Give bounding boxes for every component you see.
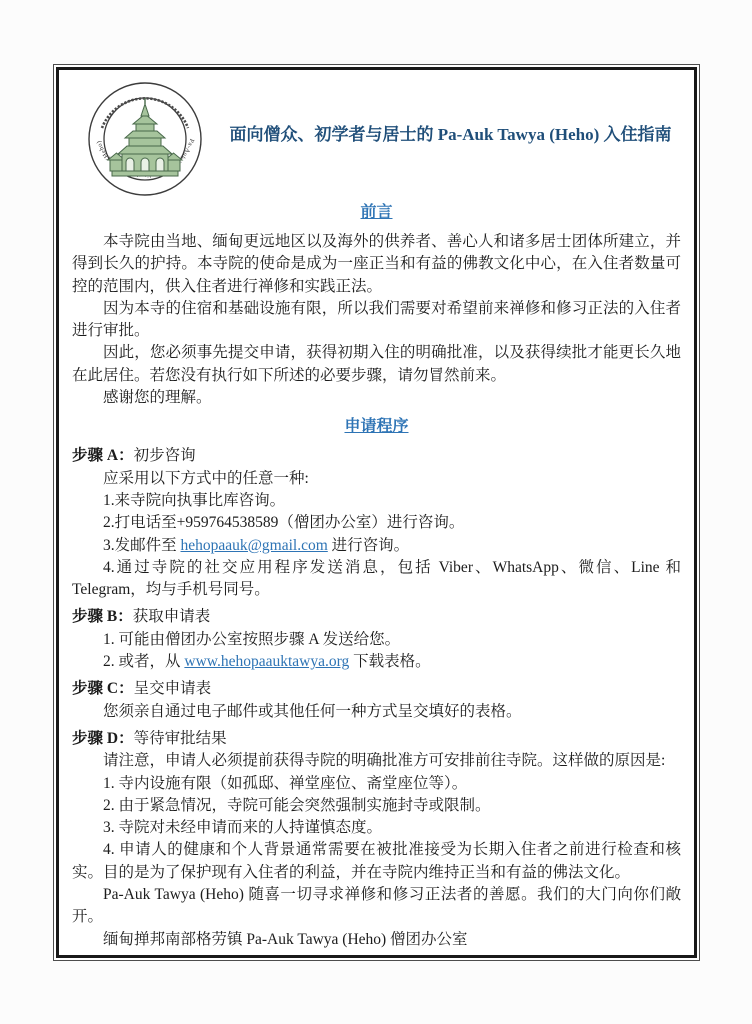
step-b-heading: 步骤 B：获取申请表 (72, 606, 681, 628)
step-d-title: 等待审批结果 (134, 730, 227, 747)
step-a-line: 2.打电话至+959764538589（僧团办公室）进行咨询。 (72, 512, 681, 534)
step-a-line: 4.通过寺院的社交应用程序发送消息，包括 Viber、WhatsApp、微信、L… (72, 557, 681, 602)
step-d-line: 3. 寺院对未经申请而来的人持谨慎态度。 (72, 817, 681, 839)
step-d-line: 1. 寺内设施有限（如孤邸、禅堂座位、斋堂座位等）。 (72, 773, 681, 795)
step-b-title: 获取申请表 (133, 608, 211, 625)
step-a-line: 应采用以下方式中的任意一种: (72, 468, 681, 490)
preface-paragraph: 因为本寺的住宿和基础设施有限，所以我们需要对希望前来禅修和修习正法的入住者进行审… (72, 298, 681, 343)
step-b-line: 2. 或者，从 www.hehopaauktawya.org 下载表格。 (72, 651, 681, 673)
preface-paragraph: 因此，您必须事先提交申请，获得初期入住的明确批准，以及获得续批才能更长久地在此居… (72, 342, 681, 387)
document-border-frame: Pa-Auk Tawya Meditation Centre (Heho) Ka… (53, 64, 700, 961)
step-c-title: 呈交申请表 (134, 680, 212, 697)
step-d-label: 步骤 D： (72, 730, 134, 747)
preface-heading: 前言 (72, 202, 681, 224)
step-a-heading: 步骤 A：初步咨询 (72, 445, 681, 467)
step-a-label: 步骤 A： (72, 447, 134, 464)
monastery-seal-logo: Pa-Auk Tawya Meditation Centre (Heho) Ka… (72, 78, 222, 205)
preface-paragraph: 本寺院由当地、缅甸更远地区以及海外的供养者、善心人和诸多居士团体所建立，并得到长… (72, 231, 681, 298)
step-c-heading: 步骤 C：呈交申请表 (72, 678, 681, 700)
seal-icon: Pa-Auk Tawya Meditation Centre (Heho) Ka… (72, 78, 218, 200)
step-a-line: 3.发邮件至 hehopaauk@gmail.com 进行咨询。 (72, 535, 681, 557)
closing-statement: Pa-Auk Tawya (Heho) 随喜一切寻求禅修和修习正法者的善愿。我们… (72, 884, 681, 929)
website-link[interactable]: www.hehopaauktawya.org (184, 653, 349, 670)
step-b-label: 步骤 B： (72, 608, 133, 625)
step-d-line: 请注意，申请人必须提前获得寺院的明确批准方可安排前往寺院。这样做的原因是: (72, 750, 681, 772)
document-page: Pa-Auk Tawya Meditation Centre (Heho) Ka… (56, 67, 697, 958)
preface-paragraph: 感谢您的理解。 (72, 387, 681, 409)
email-line-suffix: 进行咨询。 (328, 537, 409, 554)
email-line-prefix: 3.发邮件至 (103, 537, 181, 554)
step-d-line: 2. 由于紧急情况，寺院可能会突然强制实施封寺或限制。 (72, 795, 681, 817)
document-header: Pa-Auk Tawya Meditation Centre (Heho) Ka… (72, 80, 681, 202)
step-c-line: 您须亲自通过电子邮件或其他任何一种方式呈交填好的表格。 (72, 701, 681, 723)
step-a-line: 1.来寺院向执事比库咨询。 (72, 490, 681, 512)
signature-line: 缅甸掸邦南部格劳镇 Pa-Auk Tawya (Heho) 僧团办公室 (72, 929, 681, 951)
procedure-heading: 申请程序 (72, 416, 681, 438)
step-b-line: 1. 可能由僧团办公室按照步骤 A 发送给您。 (72, 629, 681, 651)
step-c-label: 步骤 C： (72, 680, 134, 697)
step-d-heading: 步骤 D：等待审批结果 (72, 728, 681, 750)
website-line-prefix: 2. 或者，从 (103, 653, 184, 670)
email-link[interactable]: hehopaauk@gmail.com (181, 537, 328, 554)
website-line-suffix: 下载表格。 (349, 653, 430, 670)
step-a-title: 初步咨询 (134, 447, 196, 464)
document-title: 面向僧众、初学者与居士的 Pa-Auk Tawya (Heho) 入住指南 (222, 124, 681, 159)
step-d-line: 4. 申请人的健康和个人背景通常需要在被批准接受为长期入住者之前进行检查和核实。… (72, 839, 681, 884)
